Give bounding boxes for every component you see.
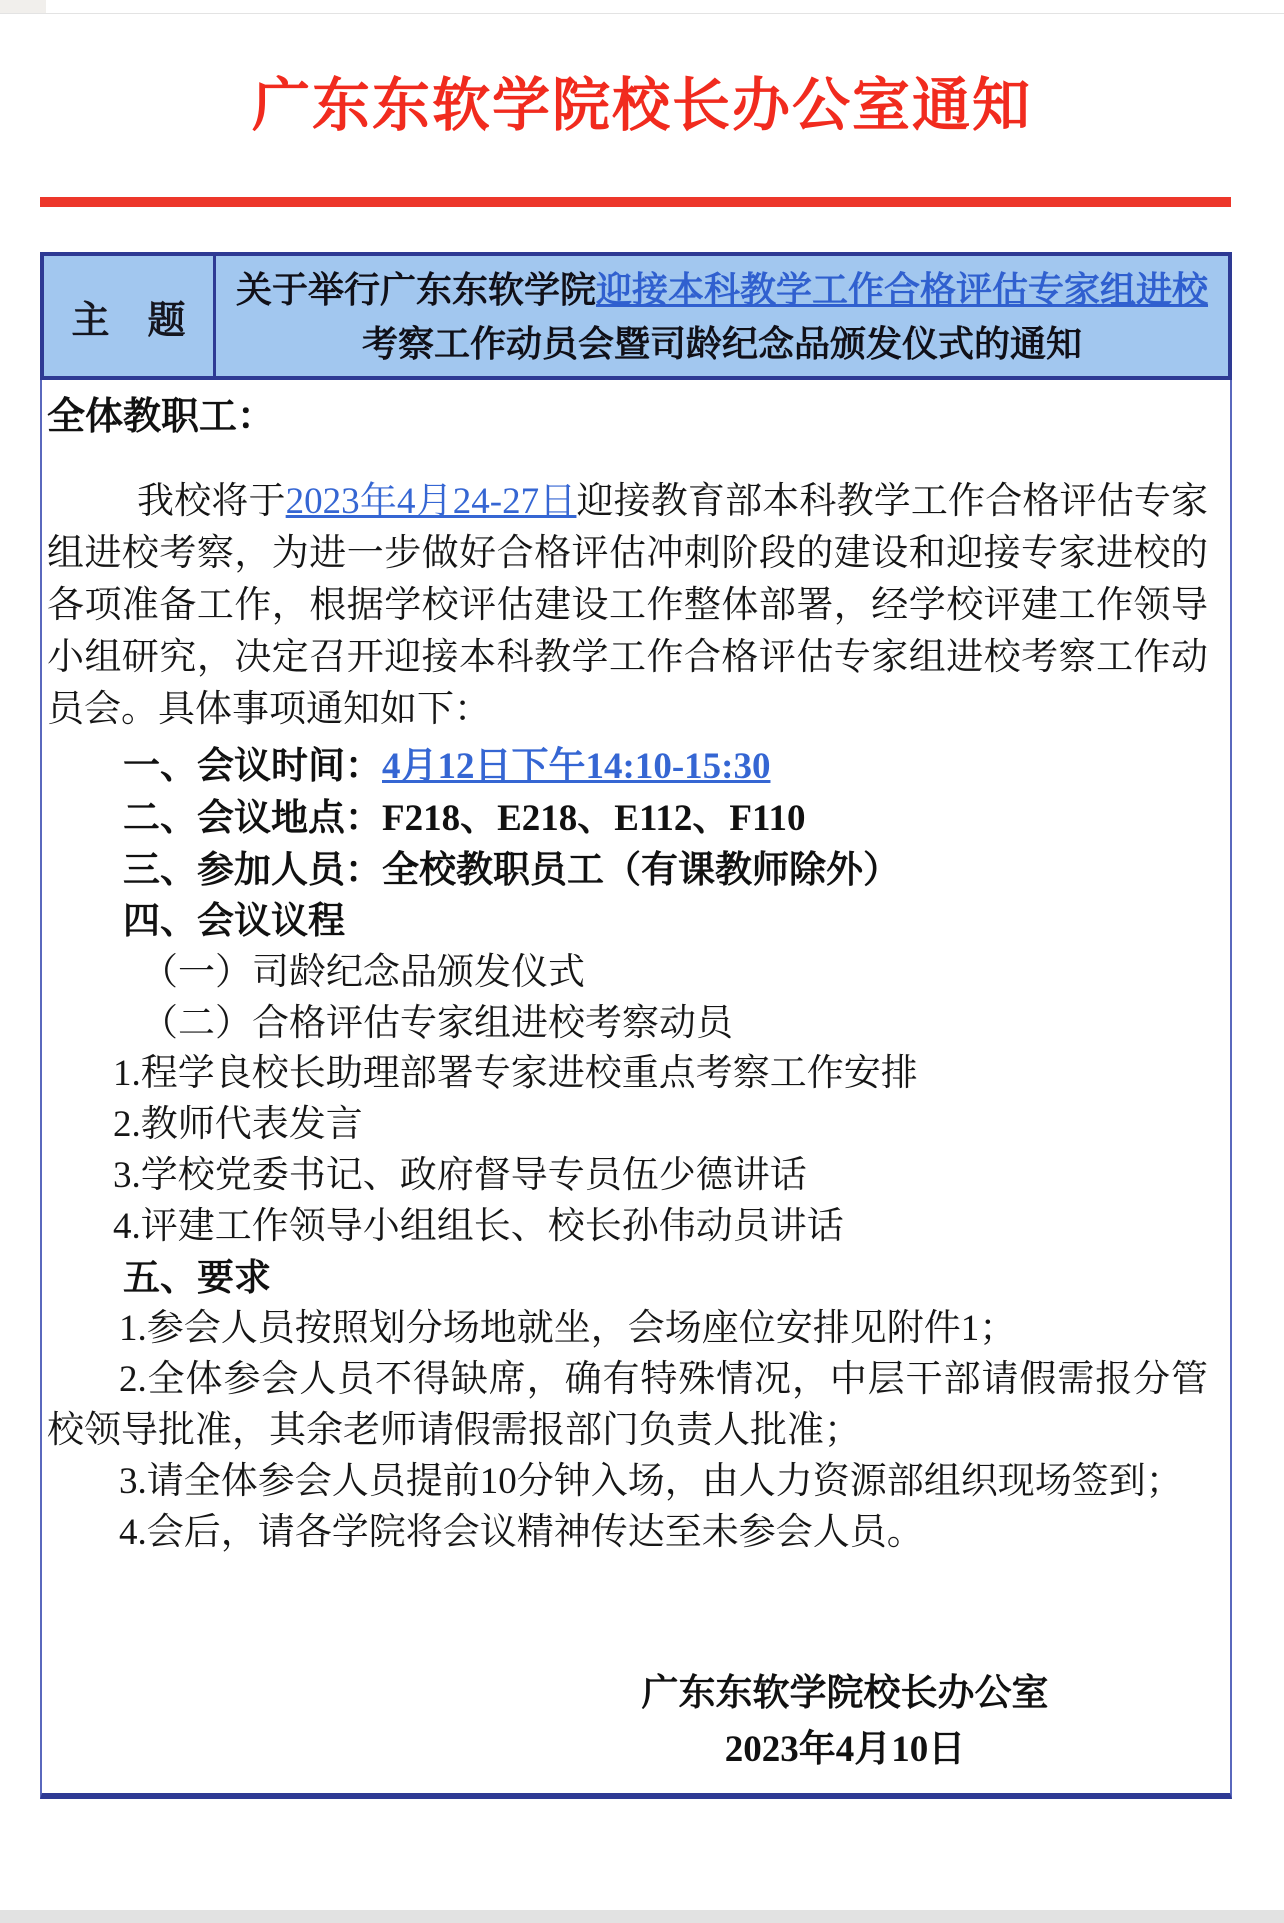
page-bottom-strip bbox=[0, 1910, 1284, 1923]
inspection-date-link[interactable]: 2023年4月24-27日 bbox=[286, 481, 577, 522]
title-red-rule bbox=[40, 197, 1231, 207]
notice-document-box: 主 题 关于举行广东东软学院迎接本科教学工作合格评估专家组进校 考察工作动员会暨… bbox=[40, 252, 1232, 1799]
meeting-time-link[interactable]: 4月12日下午14:10-15:30 bbox=[382, 746, 770, 787]
agenda-item-4: 4.评建工作领导小组组长、校长孙伟动员讲话 bbox=[47, 1201, 1208, 1252]
meeting-place-value: F218、E218、E112、F110 bbox=[382, 798, 805, 839]
notice-page: 广东东软学院校长办公室通知 主 题 关于举行广东东软学院迎接本科教学工作合格评估… bbox=[0, 0, 1284, 1923]
item-participants: 三、参加人员：全校教职员工（有课教师除外） bbox=[47, 844, 1208, 895]
signoff-date: 2023年4月10日 bbox=[630, 1721, 1060, 1778]
meeting-time-label: 一、会议时间： bbox=[123, 745, 382, 786]
intro-paragraph: 我校将于2023年4月24-27日迎接教育部本科教学工作合格评估专家组进校考察，… bbox=[47, 476, 1208, 736]
subject-title-link[interactable]: 迎接本科教学工作合格评估专家组进校 bbox=[596, 269, 1208, 310]
page-top-corner-shade bbox=[0, 0, 46, 14]
item-agenda-heading: 四、会议议程 bbox=[47, 895, 1208, 946]
requirement-item-3: 3.请全体参会人员提前10分钟入场，由人力资源部组织现场签到； bbox=[47, 1456, 1208, 1507]
subject-title-text-part2: 考察工作动员会暨司龄纪念品颁发仪式的通知 bbox=[362, 323, 1082, 364]
page-title: 广东东软学院校长办公室通知 bbox=[0, 58, 1284, 142]
signoff-organization: 广东东软学院校长办公室 bbox=[630, 1664, 1060, 1721]
signoff-block: 广东东软学院校长办公室 2023年4月10日 bbox=[630, 1664, 1060, 1778]
subject-header-row: 主 题 关于举行广东东软学院迎接本科教学工作合格评估专家组进校 考察工作动员会暨… bbox=[40, 252, 1232, 380]
intro-text-pre: 我校将于 bbox=[137, 481, 286, 522]
notice-items: 一、会议时间：4月12日下午14:10-15:30 二、会议地点：F218、E2… bbox=[47, 740, 1208, 1558]
requirement-item-4: 4.会后，请各学院将会议精神传达至未参会人员。 bbox=[47, 1507, 1208, 1558]
subject-title-cell: 关于举行广东东软学院迎接本科教学工作合格评估专家组进校 考察工作动员会暨司龄纪念… bbox=[216, 256, 1228, 376]
page-top-divider bbox=[0, 13, 1284, 14]
item-requirements-heading: 五、要求 bbox=[47, 1252, 1208, 1303]
agenda-item-1: 1.程学良校长助理部署专家进校重点考察工作安排 bbox=[47, 1048, 1208, 1099]
requirement-item-1: 1.参会人员按照划分场地就坐，会场座位安排见附件1； bbox=[47, 1303, 1208, 1354]
notice-body: 全体教职工： 我校将于2023年4月24-27日迎接教育部本科教学工作合格评估专… bbox=[40, 380, 1232, 1799]
meeting-place-label: 二、会议地点： bbox=[123, 797, 382, 838]
subject-title-text-part1: 关于举行广东东软学院 bbox=[236, 269, 596, 310]
agenda-item-3: 3.学校党委书记、政府督导专员伍少德讲话 bbox=[47, 1150, 1208, 1201]
agenda-item-2: 2.教师代表发言 bbox=[47, 1099, 1208, 1150]
agenda-sub-item-1: （一）司龄纪念品颁发仪式 bbox=[47, 946, 1208, 997]
item-meeting-time: 一、会议时间：4月12日下午14:10-15:30 bbox=[47, 740, 1208, 792]
requirement-item-2: 2.全体参会人员不得缺席，确有特殊情况，中层干部请假需报分管校领导批准，其余老师… bbox=[47, 1354, 1208, 1456]
item-meeting-place: 二、会议地点：F218、E218、E112、F110 bbox=[47, 792, 1208, 844]
subject-label-cell: 主 题 bbox=[44, 256, 216, 376]
salutation: 全体教职工： bbox=[47, 392, 1208, 442]
agenda-sub-item-2: （二）合格评估专家组进校考察动员 bbox=[47, 997, 1208, 1048]
